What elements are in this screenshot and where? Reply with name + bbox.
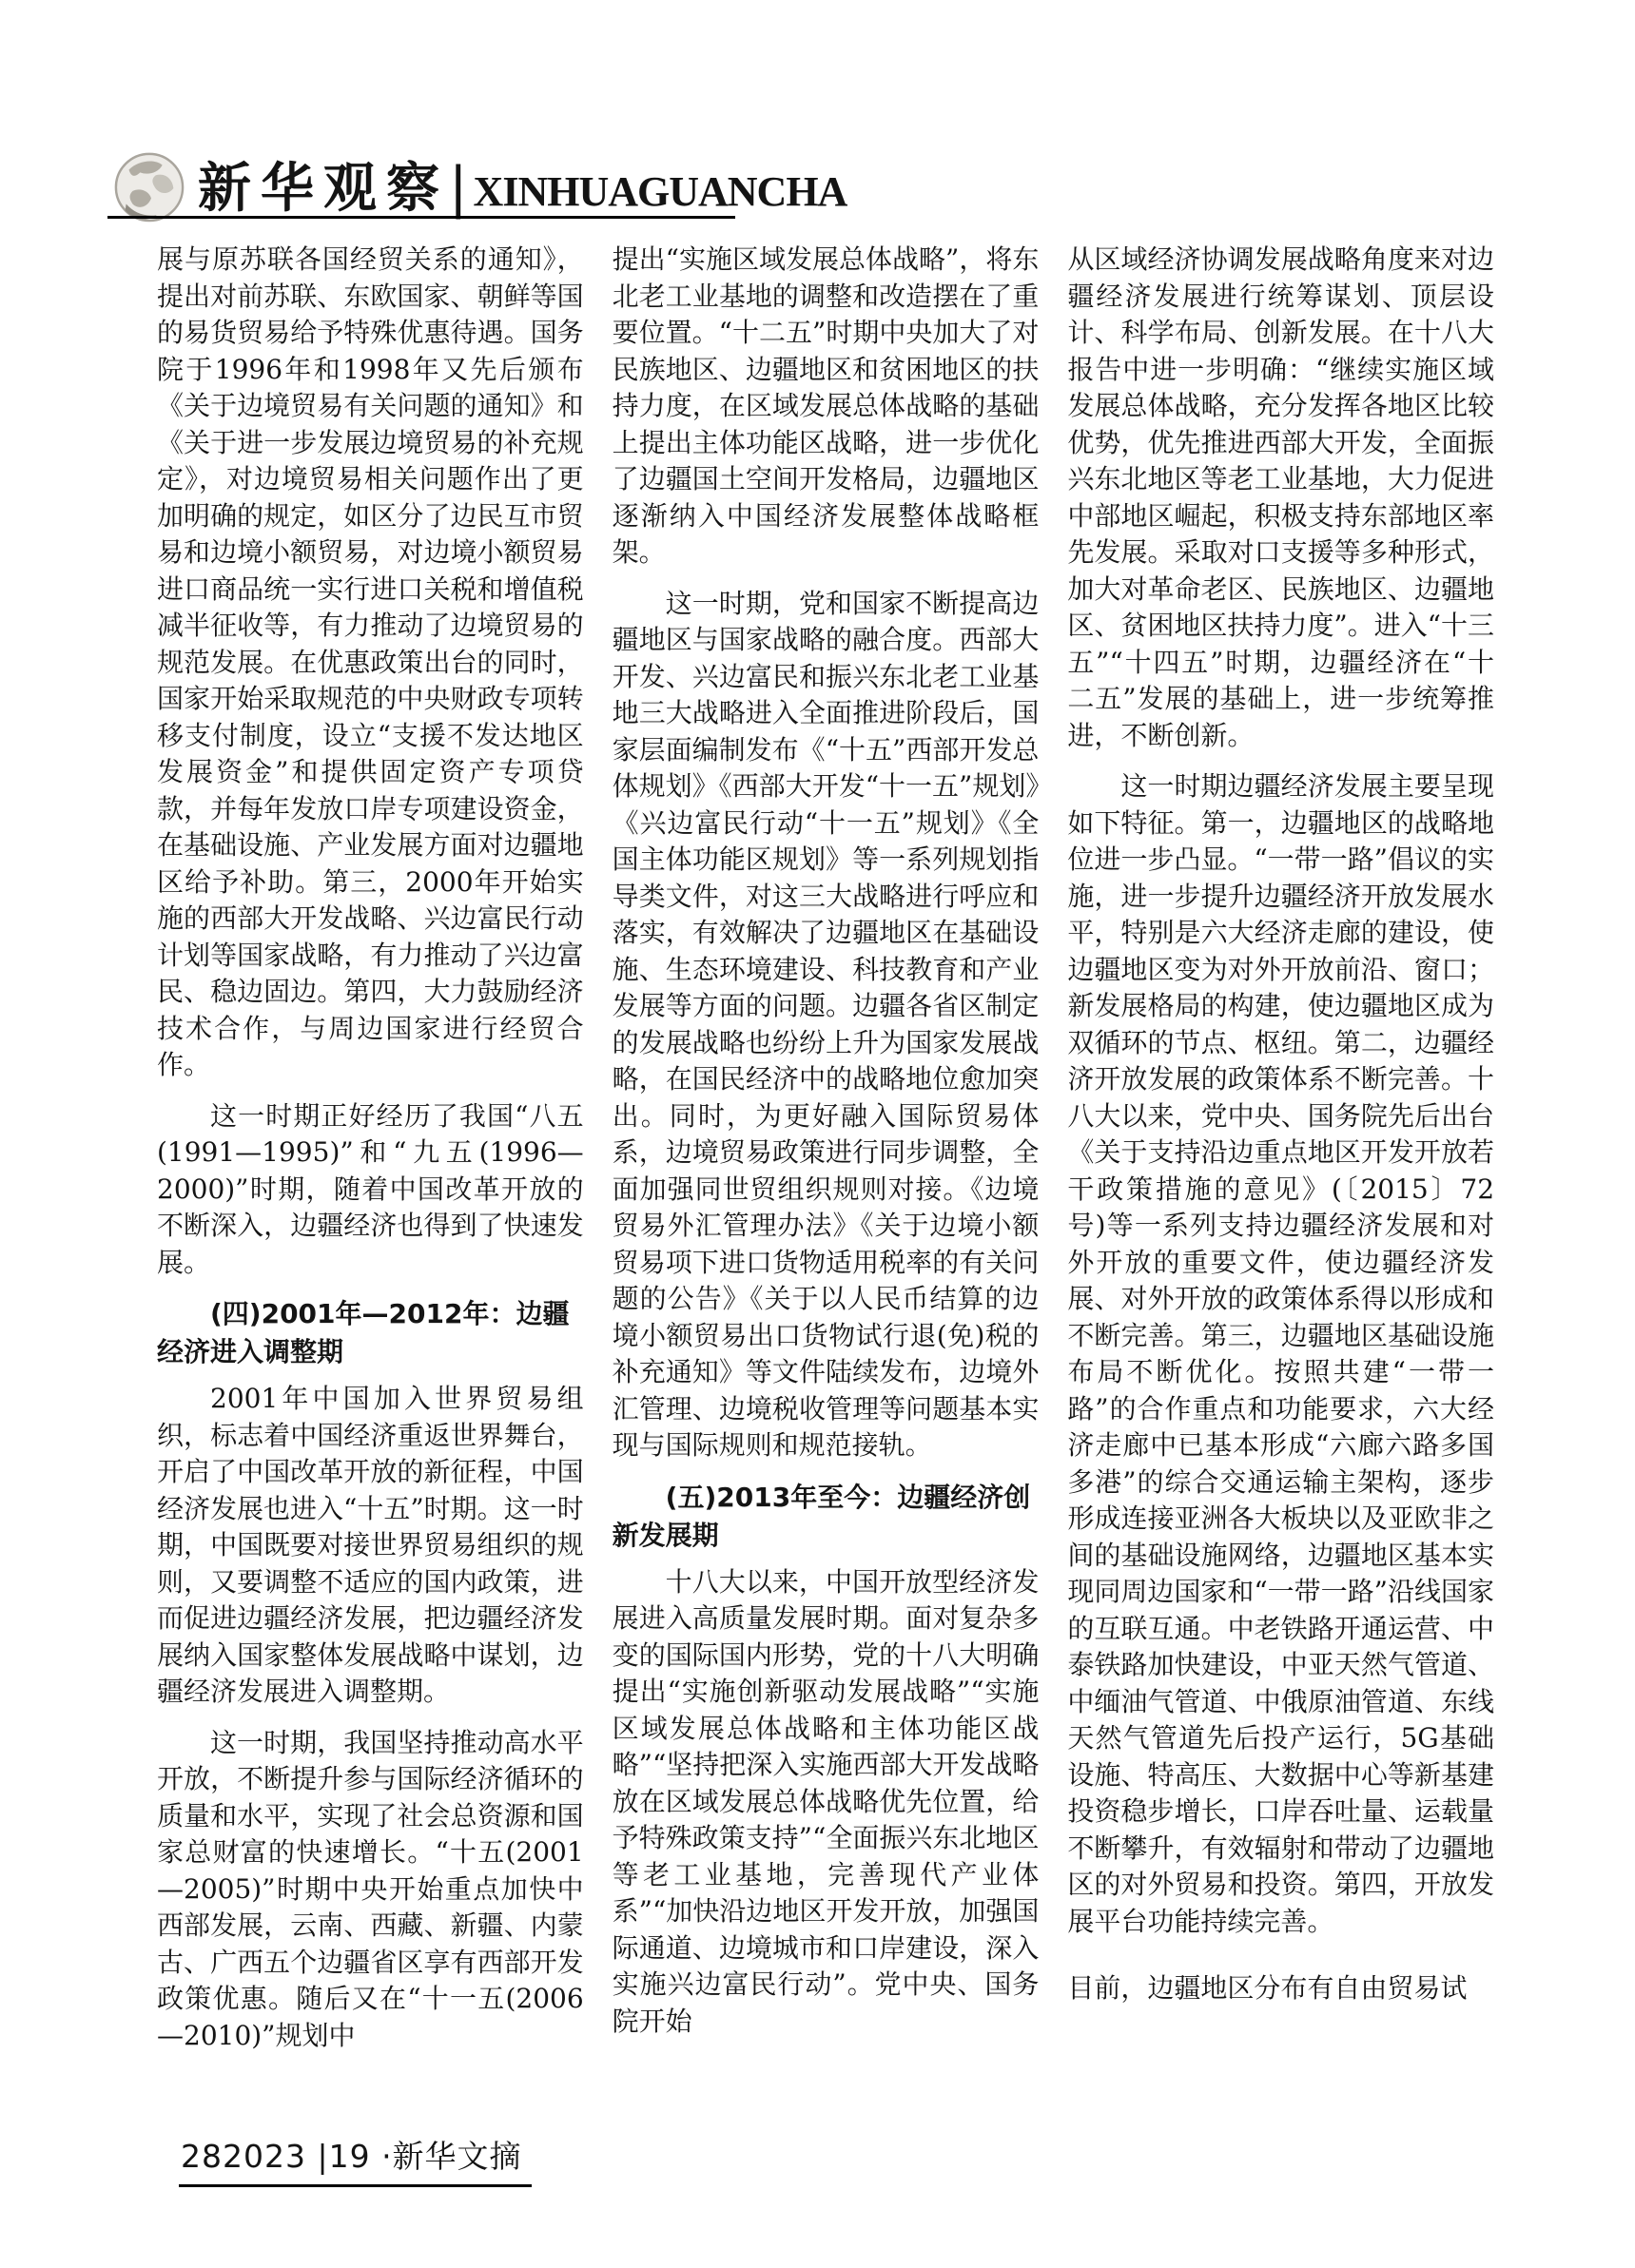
- magazine-page: 新华观察 | XINHUAGUANCHA 展与原苏联各国经贸关系的通知》，提出对…: [0, 0, 1635, 2268]
- paragraph: 从区域经济协调发展战略角度来对边疆经济发展进行统筹谋划、顶层设计、科学布局、创新…: [1067, 242, 1494, 754]
- article-body: 展与原苏联各国经贸关系的通知》，提出对前苏联、东欧国家、朝鲜等国的易货贸易给予特…: [157, 242, 1494, 2153]
- paragraph: 十八大以来，中国开放型经济发展进入高质量发展时期。面对复杂多变的国际国内形势，党…: [613, 1564, 1040, 2041]
- paragraph: 这一时期边疆经济发展主要呈现如下特征。第一，边疆地区的战略地位进一步凸显。“一带…: [1067, 768, 1494, 1940]
- brand-title-en: XINHUAGUANCHA: [474, 171, 847, 219]
- paragraph: 这一时期，我国坚持推动高水平开放，不断提升参与国际经济循环的质量和水平，实现了社…: [157, 1725, 584, 2055]
- globe-icon: [112, 148, 186, 224]
- paragraph: 这一时期，党和国家不断提高边疆地区与国家战略的融合度。西部大开发、兴边富民和振兴…: [613, 586, 1040, 1464]
- page-number-journal-label: 282023 |19 ·新华文摘: [179, 2132, 532, 2187]
- paragraph: 这一时期正好经历了我国“八五(1991—1995)”和“九五(1996—2000…: [157, 1098, 584, 1282]
- text-column-1: 展与原苏联各国经贸关系的通知》，提出对前苏联、东欧国家、朝鲜等国的易货贸易给予特…: [157, 242, 584, 2153]
- section-heading-4: (四)2001年—2012年：边疆经济进入调整期: [157, 1295, 584, 1371]
- header-rule: [107, 216, 735, 219]
- page-footer: 282023 |19 ·新华文摘: [179, 2132, 532, 2187]
- brand-title-cn: 新华观察: [198, 162, 449, 219]
- paragraph: 提出“实施区域发展总体战略”，将东北老工业基地的调整和改造摆在了重要位置。“十二…: [613, 242, 1040, 572]
- brand-divider: |: [449, 160, 474, 219]
- section-heading-5: (五)2013年至今：边疆经济创新发展期: [613, 1479, 1040, 1555]
- paragraph: 目前，边疆地区分布有自由贸易试: [1067, 1970, 1494, 2007]
- paragraph: 2001年中国加入世界贸易组织，标志着中国经济重返世界舞台，开启了中国改革开放的…: [157, 1381, 584, 1711]
- text-column-3: 从区域经济协调发展战略角度来对边疆经济发展进行统筹谋划、顶层设计、科学布局、创新…: [1067, 242, 1494, 2153]
- page-header: 新华观察 | XINHUAGUANCHA: [112, 131, 847, 219]
- paragraph: 展与原苏联各国经贸关系的通知》，提出对前苏联、东欧国家、朝鲜等国的易货贸易给予特…: [157, 242, 584, 1084]
- text-column-2: 提出“实施区域发展总体战略”，将东北老工业基地的调整和改造摆在了重要位置。“十二…: [613, 242, 1040, 2153]
